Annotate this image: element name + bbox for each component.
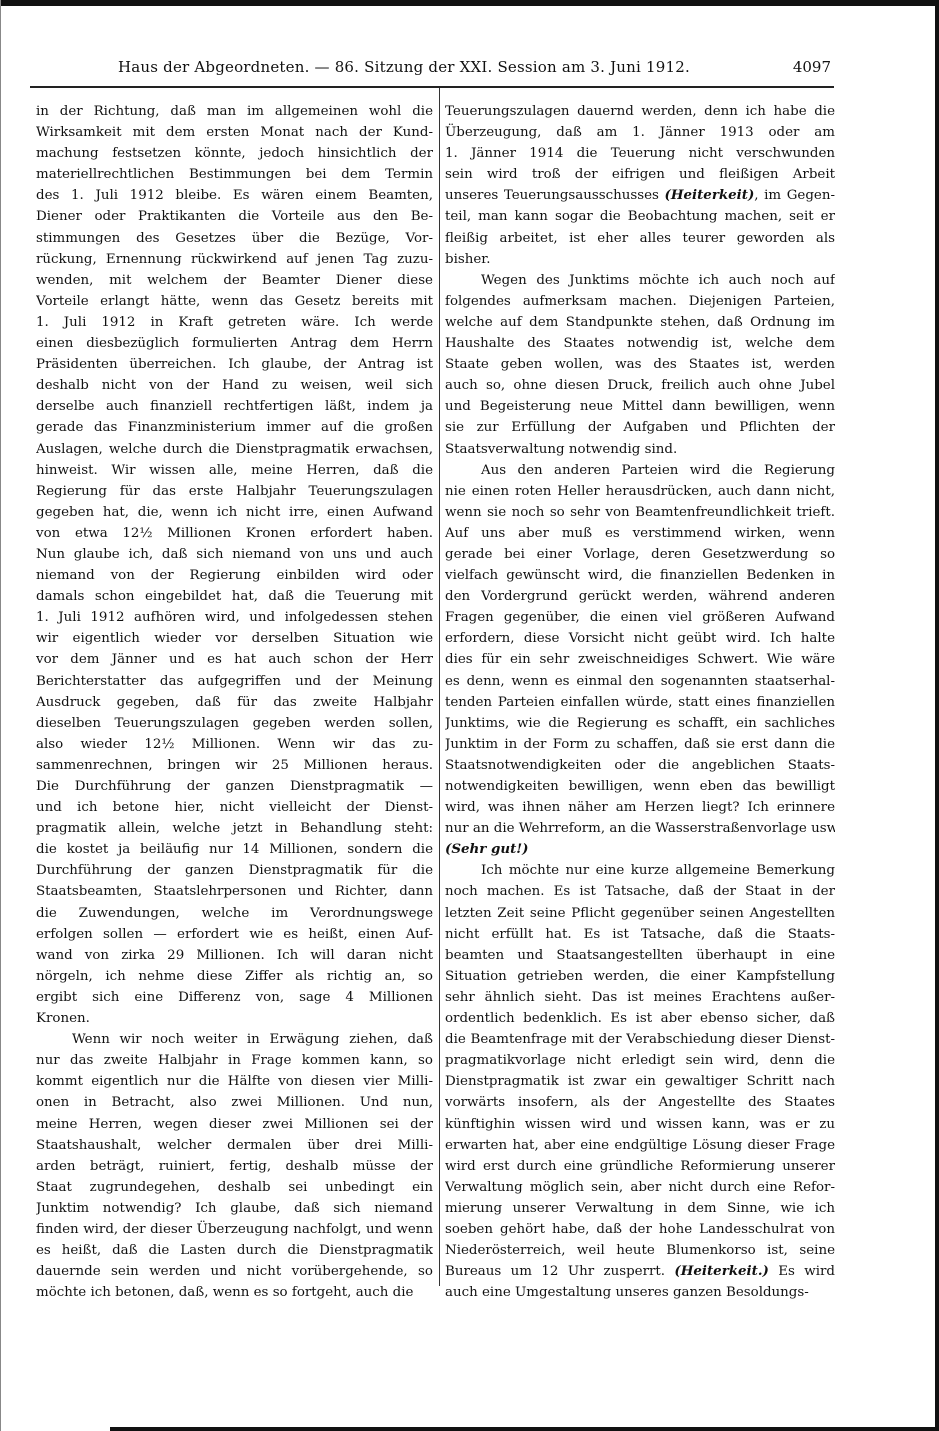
text-line: niemand von der Regierung einbilden wird… bbox=[36, 565, 433, 586]
text-line: erfolgen sollen — erfordert wie es heißt… bbox=[36, 924, 433, 945]
text-line: den Vordergrund gerückt werden, während … bbox=[445, 586, 835, 607]
text-line: erwarten hat, aber eine endgültige Lösun… bbox=[445, 1135, 835, 1156]
text-line: und Begeisterung neue Mittel dann bewill… bbox=[445, 396, 835, 417]
text-line: von etwa 12½ Millionen Kronen erfordert … bbox=[36, 523, 433, 544]
text-line: die Beamtenfrage mit der Verabschiedung … bbox=[445, 1029, 835, 1050]
text-line: Niederösterreich, weil heute Blumenkorso… bbox=[445, 1240, 835, 1261]
text-line: fleißig arbeitet, ist eher alles teurer … bbox=[445, 228, 835, 249]
text-line: Fragen gegenüber, die einen viel größere… bbox=[445, 607, 835, 628]
text-line: wand von zirka 29 Millionen. Ich will da… bbox=[36, 945, 433, 966]
scan-border-left bbox=[0, 0, 1, 1431]
text-line: Auf uns aber muß es verstimmend wirken, … bbox=[445, 523, 835, 544]
text-line: Regierung für das erste Halbjahr Teuerun… bbox=[36, 481, 433, 502]
text-line: Aus den anderen Parteien wird die Regier… bbox=[445, 460, 835, 481]
text-line: auch so, ohne diesen Druck, freilich auc… bbox=[445, 375, 835, 396]
text-line: gegeben hat, die, wenn ich nicht irre, e… bbox=[36, 502, 433, 523]
text-line: des 1. Juli 1912 bleibe. Es wären einem … bbox=[36, 185, 433, 206]
text-line: tenden Parteien einfallen würde, statt e… bbox=[445, 692, 835, 713]
text-line: onen in Betracht, also zwei Millionen. U… bbox=[36, 1092, 433, 1113]
text-line: wird, was ihnen näher am Herzen liegt? I… bbox=[445, 797, 835, 818]
text-line: es denn, wenn es einmal den sogenannten … bbox=[445, 671, 835, 692]
text-line: 1. Juli 1912 aufhören wird, und infolged… bbox=[36, 607, 433, 628]
text-line: nur an die Wehrreform, an die Wasserstra… bbox=[445, 818, 835, 839]
text-line: beamten und Staatsangestellten überhaupt… bbox=[445, 945, 835, 966]
text-line: Kronen. bbox=[36, 1008, 433, 1029]
text-line: materiellrechtlichen Bestimmungen bei de… bbox=[36, 164, 433, 185]
text-line: in der Richtung, daß man im allgemeinen … bbox=[36, 101, 433, 122]
text-line: sammenrechnen, bringen wir 25 Millionen … bbox=[36, 755, 433, 776]
text-line: welche auf dem Standpunkte stehen, daß O… bbox=[445, 312, 835, 333]
text-line: bisher. bbox=[445, 249, 835, 270]
header-title: Haus der Abgeordneten. — 86. Sitzung der… bbox=[118, 58, 690, 76]
text-line: unseres Teuerungsausschusses (Heiterkeit… bbox=[445, 185, 835, 206]
scan-border-top bbox=[0, 0, 939, 6]
text-line: Staatsverwaltung notwendig sind. bbox=[445, 439, 835, 460]
text-line: kommt eigentlich nur die Hälfte von dies… bbox=[36, 1071, 433, 1092]
interjection: (Heiterkeit) bbox=[665, 187, 755, 203]
text-line: arden beträgt, ruiniert, fertig, deshalb… bbox=[36, 1156, 433, 1177]
text-line: Ich möchte nur eine kurze allgemeine Bem… bbox=[445, 860, 835, 881]
text-line: Staate geben wollen, was des Staates ist… bbox=[445, 354, 835, 375]
text-line: damals schon eingebildet hat, daß die Te… bbox=[36, 586, 433, 607]
text-line: Durchführung der ganzen Dienstpragmatik … bbox=[36, 860, 433, 881]
text-line: nicht erfüllt hat. Es ist Tatsache, daß … bbox=[445, 924, 835, 945]
text-line: Haushalte des Staates notwendig ist, wel… bbox=[445, 333, 835, 354]
text-line: ergibt sich eine Differenz von, sage 4 M… bbox=[36, 987, 433, 1008]
text-line: pragmatikvorlage nicht erledigt sein wir… bbox=[445, 1050, 835, 1071]
text-line: Situation getrieben werden, die einer Ka… bbox=[445, 966, 835, 987]
text-line: wenn sie noch so sehr von Beamtenfreundl… bbox=[445, 502, 835, 523]
text-line: wenden, mit welchem der Beamter Diener d… bbox=[36, 270, 433, 291]
text-line: möchte ich betonen, daß, wenn es so fort… bbox=[36, 1282, 433, 1303]
text-line: Junktim in der Form zu schaffen, daß sie… bbox=[445, 734, 835, 755]
text-line: wir eigentlich wieder vor derselben Situ… bbox=[36, 628, 433, 649]
text-line: Staatsbeamten, Staatslehrpersonen und Ri… bbox=[36, 881, 433, 902]
text-line: es heißt, daß die Lasten durch die Diens… bbox=[36, 1240, 433, 1261]
text-line: mierung unserer Verwaltung in dem Sinne,… bbox=[445, 1198, 835, 1219]
interjection: (Heiterkeit.) bbox=[674, 1263, 768, 1279]
text-line: also wieder 12½ Millionen. Wenn wir das … bbox=[36, 734, 433, 755]
text-line: stimmungen des Gesetzes über die Bezüge,… bbox=[36, 228, 433, 249]
text-line: Junktims, wie die Regierung es schafft, … bbox=[445, 713, 835, 734]
right-column: Teuerungszulagen dauernd werden, denn ic… bbox=[445, 101, 835, 1303]
text-line: machung festsetzen könnte, jedoch hinsic… bbox=[36, 143, 433, 164]
text-line: finden wird, der dieser Überzeugung nach… bbox=[36, 1219, 433, 1240]
text-line: meine Herren, wegen dieser zwei Millione… bbox=[36, 1114, 433, 1135]
text-line: Dienstpragmatik ist zwar ein gewaltiger … bbox=[445, 1071, 835, 1092]
text-line: die kostet ja beiläufig nur 14 Millionen… bbox=[36, 839, 433, 860]
text-line: wird erst durch eine gründliche Reformie… bbox=[445, 1156, 835, 1177]
text-line: vielfach gewünscht wird, die finanzielle… bbox=[445, 565, 835, 586]
text-line: vor dem Jänner und es hat auch schon der… bbox=[36, 649, 433, 670]
text-line: dieselben Teuerungszulagen gegeben werde… bbox=[36, 713, 433, 734]
text-line: teil, man kann sogar die Beobachtung mac… bbox=[445, 206, 835, 227]
text-line: Nun glaube ich, daß sich niemand von uns… bbox=[36, 544, 433, 565]
text-line: Staatsnotwendigkeiten oder die angeblich… bbox=[445, 755, 835, 776]
text-line: (Sehr gut!) bbox=[445, 839, 835, 860]
text-line: Junktim notwendig? Ich glaube, daß sich … bbox=[36, 1198, 433, 1219]
text-line: Wegen des Junktims möchte ich auch noch … bbox=[445, 270, 835, 291]
left-column: in der Richtung, daß man im allgemeinen … bbox=[36, 101, 433, 1303]
text-line: noch machen. Es ist Tatsache, daß der St… bbox=[445, 881, 835, 902]
interjection: (Sehr gut!) bbox=[445, 841, 528, 857]
text-line: einen diesbezüglich formulierten Antrag … bbox=[36, 333, 433, 354]
text-line: Vorteile erlangt hätte, wenn das Gesetz … bbox=[36, 291, 433, 312]
text-line: nörgeln, ich nehme diese Ziffer als rich… bbox=[36, 966, 433, 987]
text-line: hinweist. Wir wissen alle, meine Herren,… bbox=[36, 460, 433, 481]
text-line: Bureaus um 12 Uhr zusperrt. (Heiterkeit.… bbox=[445, 1261, 835, 1282]
text-line: notwendigkeiten bewilligen, wenn eben da… bbox=[445, 776, 835, 797]
text-line: nie einen roten Heller herausdrücken, au… bbox=[445, 481, 835, 502]
text-line: Staatshaushalt, welcher dermalen über dr… bbox=[36, 1135, 433, 1156]
text-line: deshalb nicht von der Hand zu weisen, we… bbox=[36, 375, 433, 396]
text-line: derselbe auch finanziell rechtfertigen l… bbox=[36, 396, 433, 417]
text-line: gerade das Finanzministerium immer auf d… bbox=[36, 417, 433, 438]
text-line: Diener oder Praktikanten die Vorteile au… bbox=[36, 206, 433, 227]
text-line: nur das zweite Halbjahr in Frage kommen … bbox=[36, 1050, 433, 1071]
text-line: sehr ähnlich sieht. Das ist meines Erach… bbox=[445, 987, 835, 1008]
header-rule bbox=[30, 86, 834, 88]
text-line: vorwärts insofern, als der Angestellte d… bbox=[445, 1092, 835, 1113]
text-line: gerade bei einer Vorlage, deren Gesetzwe… bbox=[445, 544, 835, 565]
text-line: Berichterstatter das aufgegriffen und de… bbox=[36, 671, 433, 692]
text-line: rückung, Ernennung rückwirkend auf jenen… bbox=[36, 249, 433, 270]
text-line: auch eine Umgestaltung unseres ganzen Be… bbox=[445, 1282, 835, 1303]
scan-border-right bbox=[935, 0, 939, 1431]
text-line: sie zur Erfüllung der Aufgaben und Pflic… bbox=[445, 417, 835, 438]
text-line: Staat zugrundegehen, deshalb sei unbedin… bbox=[36, 1177, 433, 1198]
text-line: die Zuwendungen, welche im Verordnungswe… bbox=[36, 903, 433, 924]
text-line: 1. Juli 1912 in Kraft getreten wäre. Ich… bbox=[36, 312, 433, 333]
text-line: Präsidenten überreichen. Ich glaube, der… bbox=[36, 354, 433, 375]
text-line: Die Durchführung der ganzen Dienstpragma… bbox=[36, 776, 433, 797]
running-header: Haus der Abgeordneten. — 86. Sitzung der… bbox=[66, 58, 831, 84]
text-line: letzten Zeit seine Pflicht gegenüber sei… bbox=[445, 903, 835, 924]
text-line: und ich betone hier, nicht vielleicht de… bbox=[36, 797, 433, 818]
text-line: dauernde sein werden und nicht vorüberge… bbox=[36, 1261, 433, 1282]
text-line: pragmatik allein, welche jetzt in Behand… bbox=[36, 818, 433, 839]
text-line: Auslagen, welche durch die Dienstpragmat… bbox=[36, 439, 433, 460]
text-line: 1. Jänner 1914 die Teuerung nicht versch… bbox=[445, 143, 835, 164]
text-line: sein wird troß der eifrigen und fleißige… bbox=[445, 164, 835, 185]
text-line: Wirksamkeit mit dem ersten Monat nach de… bbox=[36, 122, 433, 143]
text-line: ordentlich bedenklich. Es ist aber ebens… bbox=[445, 1008, 835, 1029]
page-number: 4097 bbox=[793, 58, 831, 76]
column-divider bbox=[439, 88, 440, 1286]
text-line: Wenn wir noch weiter in Erwägung ziehen,… bbox=[36, 1029, 433, 1050]
text-line: Überzeugung, daß am 1. Jänner 1913 oder … bbox=[445, 122, 835, 143]
text-line: Teuerungszulagen dauernd werden, denn ic… bbox=[445, 101, 835, 122]
text-line: dies für ein sehr zweischneidiges Schwer… bbox=[445, 649, 835, 670]
text-line: künftighin wissen wird und wissen kann, … bbox=[445, 1114, 835, 1135]
text-line: erfordern, diese Vorsicht nicht geübt wi… bbox=[445, 628, 835, 649]
scan-border-bottom bbox=[110, 1427, 939, 1431]
text-line: Verwaltung möglich sein, aber nicht durc… bbox=[445, 1177, 835, 1198]
text-line: Ausdruck gegeben, daß für das zweite Hal… bbox=[36, 692, 433, 713]
text-line: soeben gehört habe, daß der hohe Landess… bbox=[445, 1219, 835, 1240]
text-line: folgendes aufmerksam machen. Diejenigen … bbox=[445, 291, 835, 312]
